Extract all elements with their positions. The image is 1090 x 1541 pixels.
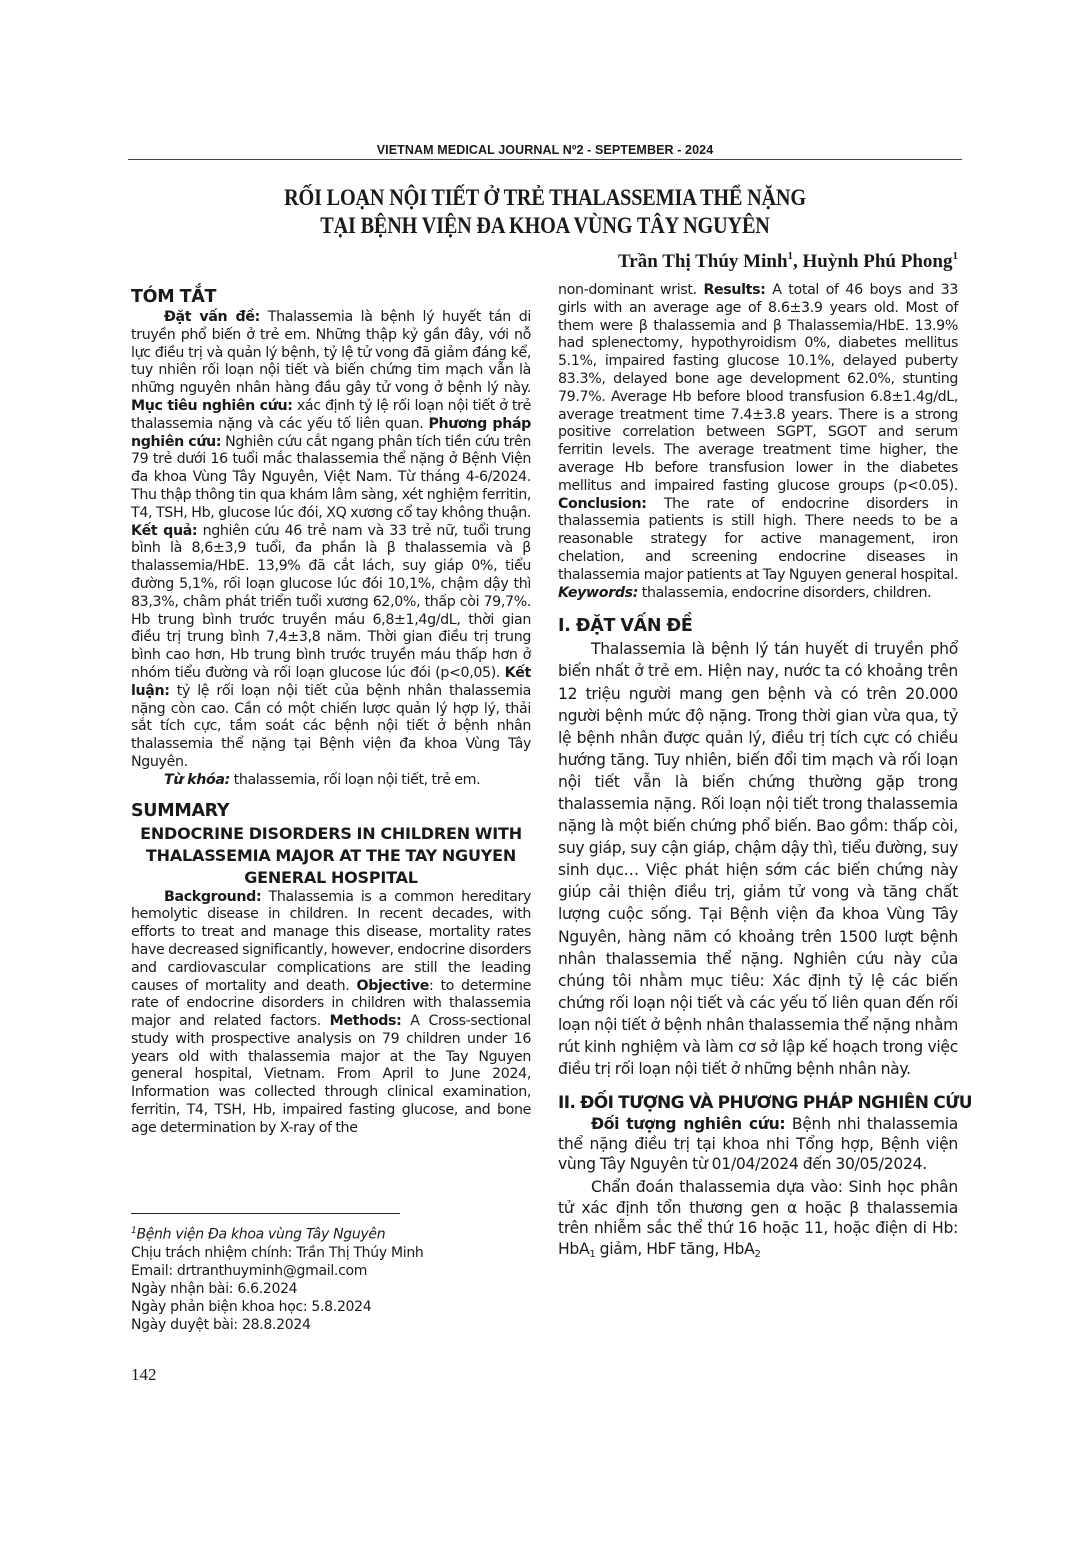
title-line-2: TẠI BỆNH VIỆN ĐA KHOA VÙNG TÂY NGUYÊN [186, 212, 903, 240]
text-keywords-en: thalassemia, endocrine disorders, childr… [642, 585, 932, 601]
affiliation-note: 1Bệnh viện Đa khoa vùng Tây Nguyên [131, 1222, 423, 1244]
date-reviewed: Ngày phản biện khoa học: 5.8.2024 [131, 1298, 423, 1316]
author-name: Trần Thị Thúy Minh [618, 251, 788, 272]
label-background: Đặt vấn đề: [164, 309, 260, 325]
author-separator: , [793, 251, 803, 272]
text-results: nghiên cứu 46 trẻ nam và 33 trẻ nữ, tuổi… [131, 523, 531, 681]
abstract-en-body: Background: Thalassemia is a common here… [131, 889, 531, 1138]
affiliation-mark: 1 [953, 250, 959, 262]
text-conclusion: tỷ lệ rối loạn nội tiết của bệnh nhân th… [131, 683, 531, 770]
text-results-en: A total of 46 boys and 33 girls with an … [558, 282, 958, 494]
footnote-rule [131, 1213, 400, 1214]
affiliation-text: Bệnh viện Đa khoa vùng Tây Nguyên [136, 1227, 385, 1243]
journal-page: VIETNAM MEDICAL JOURNAL Nº2 - SEPTEMBER … [0, 0, 1090, 1541]
author-name: Huỳnh Phú Phong [803, 251, 953, 272]
corresponding-author: Chịu trách nhiệm chính: Trần Thị Thúy Mi… [131, 1244, 423, 1262]
header-rule [128, 159, 962, 160]
label-keywords-en: Keywords: [558, 585, 638, 601]
subjects-paragraph: Đối tượng nghiên cứu: Bệnh nhi thalassem… [558, 1114, 958, 1174]
section-2-heading: II. ĐỐI TƯỢNG VÀ PHƯƠNG PHÁP NGHIÊN CỨU [558, 1092, 958, 1114]
label-results: Kết quả: [131, 523, 197, 539]
diagnosis-paragraph: Chẩn đoán thalassemia dựa vào: Sinh học … [558, 1177, 958, 1265]
abstract-vi-heading: TÓM TẮT [131, 285, 531, 309]
subscript: 2 [755, 1249, 761, 1260]
summary-heading: SUMMARY [131, 799, 531, 823]
text-keywords: thalassemia, rối loạn nội tiết, trẻ em. [230, 772, 480, 788]
article-title: RỐI LOẠN NỘI TIẾT Ở TRẺ THALASSEMIA THỂ … [186, 184, 903, 240]
email: Email: drtranthuyminh@gmail.com [131, 1262, 423, 1280]
label-methods-en: Methods: [330, 1013, 402, 1029]
label-conclusion-en: Conclusion: [558, 496, 647, 512]
text-methods-en-cont: non-dominant wrist. [558, 282, 703, 298]
text-diagnosis-cont: giảm, HbF tăng, HbA [595, 1240, 754, 1258]
label-results-en: Results: [703, 282, 765, 298]
title-line-1: RỐI LOẠN NỘI TIẾT Ở TRẺ THALASSEMIA THỂ … [186, 184, 903, 212]
footnotes: 1Bệnh viện Đa khoa vùng Tây Nguyên Chịu … [131, 1222, 423, 1334]
section-1-heading: I. ĐẶT VẤN ĐỀ [558, 614, 958, 638]
label-objective-en: Objective [356, 978, 428, 994]
label-keywords: Từ khóa: [164, 772, 230, 788]
running-header: VIETNAM MEDICAL JOURNAL Nº2 - SEPTEMBER … [128, 143, 962, 157]
left-column: TÓM TẮT Đặt vấn đề: Thalassemia là bệnh … [131, 285, 531, 1138]
right-column: non-dominant wrist. Results: A total of … [558, 282, 958, 1265]
date-received: Ngày nhận bài: 6.6.2024 [131, 1280, 423, 1298]
section-1-paragraph: Thalassemia là bệnh lý tán huyết di truy… [558, 638, 958, 1080]
page-number: 142 [131, 1365, 157, 1385]
label-objective: Mục tiêu nghiên cứu: [131, 398, 293, 414]
summary-title: ENDOCRINE DISORDERS IN CHILDREN WITH THA… [131, 823, 531, 889]
author-list: Trần Thị Thúy Minh1, Huỳnh Phú Phong1 [618, 250, 958, 273]
label-subjects: Đối tượng nghiên cứu: [591, 1115, 785, 1133]
text-methods-en: A Cross-sectional study with prospective… [131, 1013, 531, 1136]
abstract-en-body-cont: non-dominant wrist. Results: A total of … [558, 282, 958, 602]
date-accepted: Ngày duyệt bài: 28.8.2024 [131, 1316, 423, 1334]
abstract-vi-body: Đặt vấn đề: Thalassemia là bệnh lý huyết… [131, 309, 531, 772]
keywords-vi: Từ khóa: thalassemia, rối loạn nội tiết,… [131, 772, 531, 790]
label-background-en: Background: [164, 889, 261, 905]
